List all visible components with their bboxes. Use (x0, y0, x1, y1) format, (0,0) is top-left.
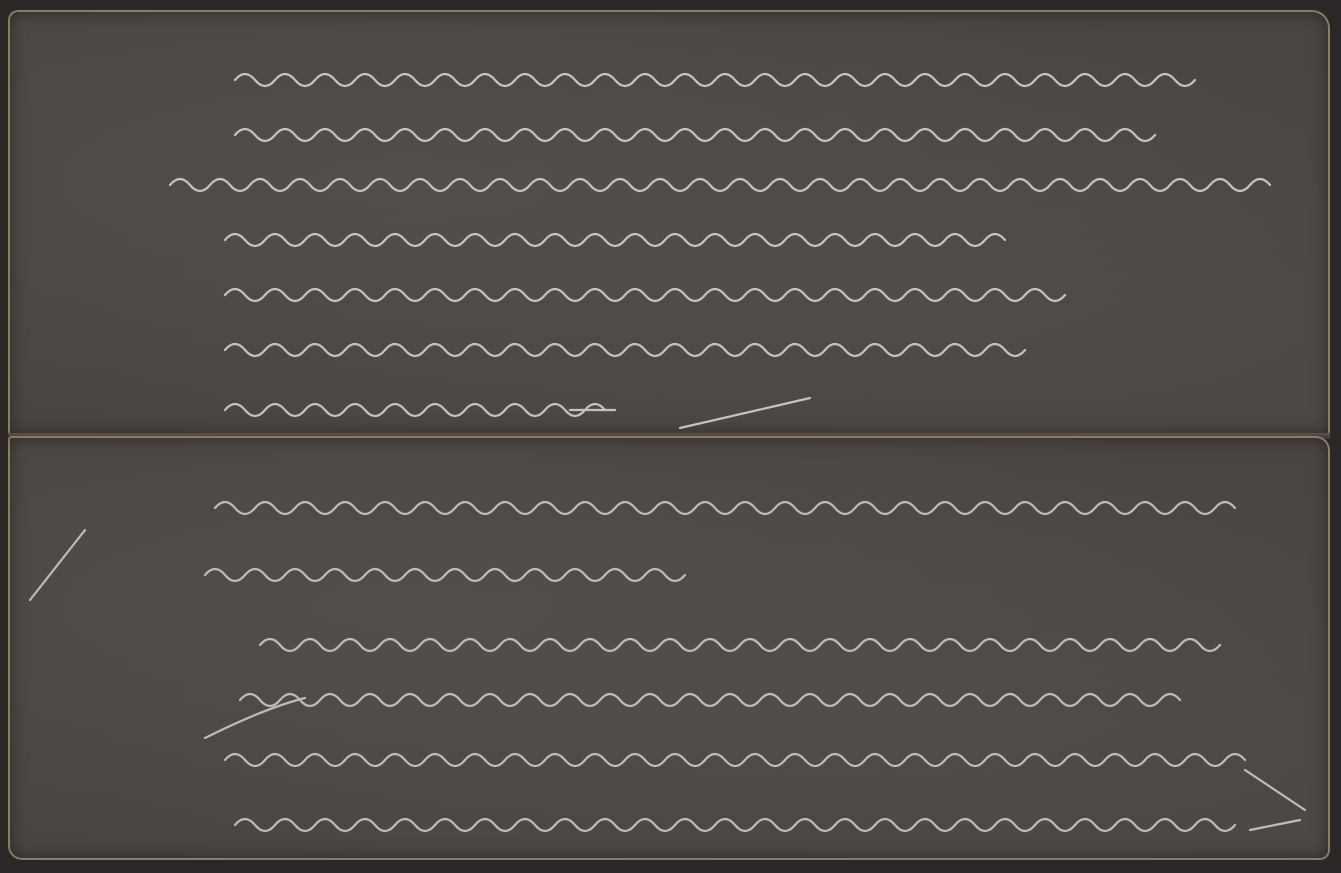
script-strokes-top (0, 0, 1341, 873)
